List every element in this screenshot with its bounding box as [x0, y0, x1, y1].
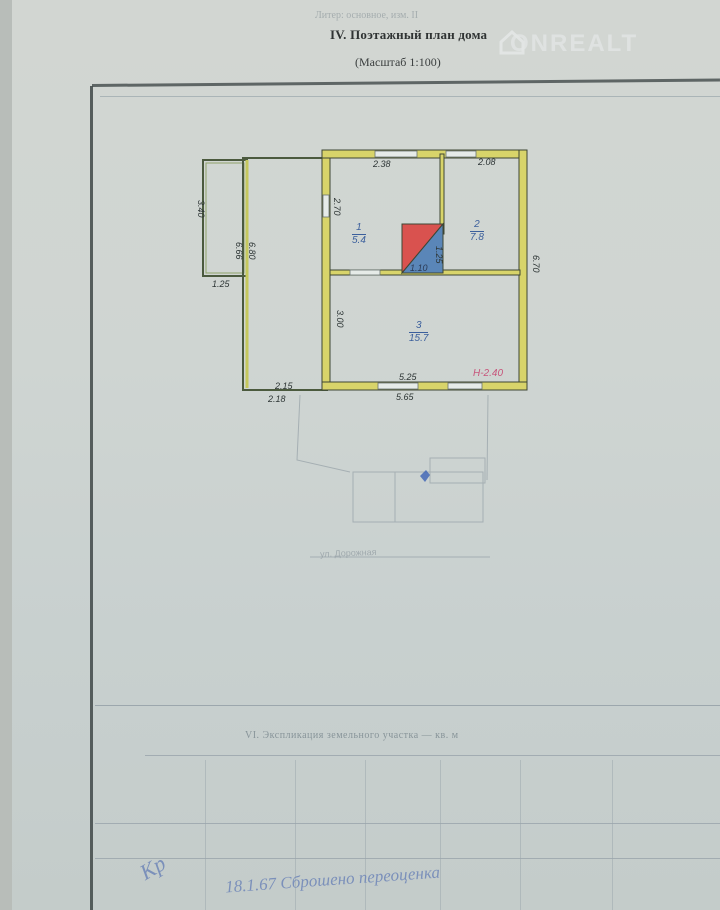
table-col	[440, 760, 441, 910]
table-rule	[95, 858, 720, 859]
section-divider	[95, 705, 720, 706]
dim-room3-outer: 5.65	[396, 392, 414, 402]
section-title: VI. Экспликация земельного участка — кв.…	[245, 730, 459, 741]
scanned-sheet: Литер: основное, изм. II IV. Поэтажный п…	[0, 0, 720, 910]
dim-porch-width: 1.25	[212, 279, 230, 289]
table-col	[205, 760, 206, 910]
room-1-label: 1 5.4	[352, 222, 366, 247]
dim-right-wall: 6.70	[531, 255, 541, 273]
room-3-label: 3 15.7	[409, 320, 428, 345]
dim-hall-outer: 2.18	[268, 394, 286, 404]
dim-room1-height: 2.70	[332, 198, 342, 216]
dim-room3-height: 3.00	[335, 310, 345, 328]
dim-hall-height: 6.80	[247, 242, 257, 260]
dim-top-left: 2.38	[373, 159, 391, 169]
table-col	[612, 760, 613, 910]
table-col	[520, 760, 521, 910]
dim-room3-inner: 5.25	[399, 372, 417, 382]
dim-stove-side: 1.25	[434, 246, 444, 264]
dim-hall-inner: 2.15	[275, 381, 293, 391]
table-rule	[145, 755, 720, 756]
dim-porch-inner: 6.66	[234, 242, 244, 260]
street-label: ул. Дорожная	[320, 547, 377, 559]
ceiling-height-label: H-2.40	[473, 368, 503, 379]
dim-top-right: 2.08	[478, 157, 496, 167]
dim-porch-height: 3.40	[196, 200, 206, 218]
room-2-label: 2 7.8	[470, 219, 484, 244]
dim-stove-bottom: 1.10	[410, 263, 428, 273]
table-rule	[95, 823, 720, 824]
